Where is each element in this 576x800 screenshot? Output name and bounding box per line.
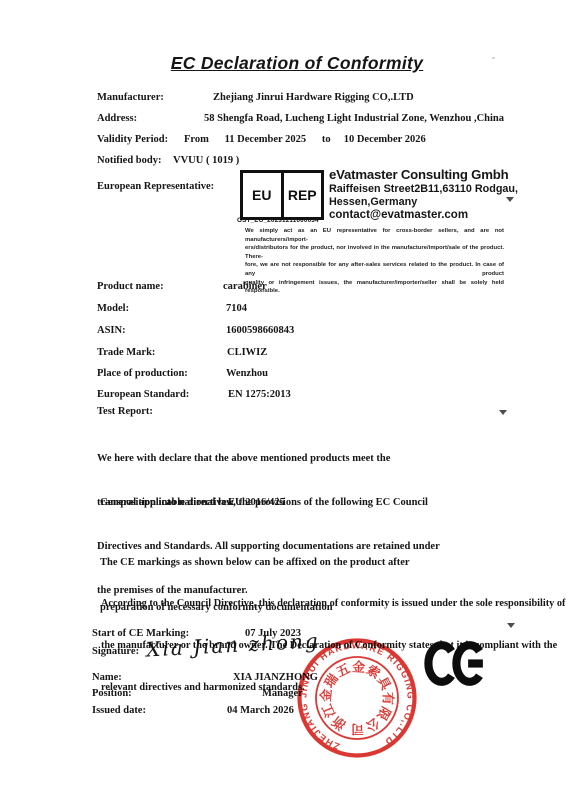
manufacturer-value: Zhejiang Jinrui Hardware Rigging CO,.LTD bbox=[213, 92, 414, 103]
ce-letter-c bbox=[428, 645, 451, 682]
ce-mark-logo bbox=[423, 640, 493, 687]
stamp-chinese-text: 浙江金瑞五金索具有限公司 bbox=[318, 659, 396, 736]
notified-body-value: VVUU ( 1019 ) bbox=[173, 155, 239, 166]
product-name-value: carabiner bbox=[223, 281, 267, 292]
validity-period-value: From 11 December 2025 to 10 December 202… bbox=[184, 134, 426, 145]
council-line: According to the Council Directive, this… bbox=[101, 597, 566, 611]
company-stamp: ZHEJIANG JINRUI HARDWARE RIGGING CO,.LTD… bbox=[295, 636, 419, 760]
document-title: EC Declaration of Conformity bbox=[9, 53, 576, 74]
name-label: Name: bbox=[92, 672, 122, 683]
issued-date-value: 04 March 2026 bbox=[227, 705, 294, 716]
trade-mark-label: Trade Mark: bbox=[97, 347, 155, 358]
model-label: Model: bbox=[97, 303, 129, 314]
scan-speck bbox=[492, 57, 495, 59]
eu-rep-registration-code: OST_EU_20231211000034 bbox=[237, 217, 319, 224]
disclaimer-line: We simply act as an EU representative fo… bbox=[245, 227, 504, 244]
rep-badge-cell: REP bbox=[284, 173, 322, 217]
address-label: Address: bbox=[97, 113, 137, 124]
european-representative-label: European Representative: bbox=[97, 181, 214, 192]
issued-date-label: Issued date: bbox=[92, 705, 146, 716]
position-label: Position: bbox=[92, 688, 132, 699]
model-value: 7104 bbox=[226, 303, 247, 314]
asin-label: ASIN: bbox=[97, 325, 126, 336]
notified-body-label: Notified body: bbox=[97, 155, 161, 166]
validity-period-label: Validity Period: bbox=[97, 134, 168, 145]
scan-artifact bbox=[507, 623, 515, 628]
product-name-label: Product name: bbox=[97, 281, 164, 292]
disclaimer-line: quality or infringement issues, the manu… bbox=[245, 279, 504, 296]
place-of-production-label: Place of production: bbox=[97, 368, 188, 379]
address-value: 58 Shengfa Road, Lucheng Light Industria… bbox=[204, 113, 504, 124]
document-page: EC Declaration of Conformity Manufacture… bbox=[0, 0, 576, 800]
ce-note-line: The CE markings as shown below can be af… bbox=[100, 555, 410, 570]
test-report-label: Test Report: bbox=[97, 406, 153, 417]
european-standard-label: European Standard: bbox=[97, 389, 189, 400]
eu-rep-disclaimer: We simply act as an EU representative fo… bbox=[245, 227, 504, 296]
eu-badge-cell: EU bbox=[243, 173, 284, 217]
european-standard-value: EN 1275:2013 bbox=[228, 389, 291, 400]
declaration-line: We here with declare that the above ment… bbox=[97, 452, 440, 467]
asin-value: 1600598660843 bbox=[226, 325, 294, 336]
eu-rep-badge: EU REP bbox=[240, 170, 324, 220]
eu-rep-address-line2: Hessen,Germany bbox=[329, 196, 417, 208]
directives-label: General applicable directives: bbox=[100, 497, 234, 508]
scan-artifact bbox=[499, 410, 507, 415]
disclaimer-line: fore, we are not responsible for any aft… bbox=[245, 261, 504, 278]
disclaimer-line: ers/distributors for the product, nor in… bbox=[245, 244, 504, 261]
signature-label: Signature: bbox=[92, 646, 139, 657]
trade-mark-value: CLIWIZ bbox=[227, 347, 267, 358]
directives-value: EU 2016/425 bbox=[228, 497, 285, 508]
scan-artifact bbox=[506, 197, 514, 202]
eu-rep-address-line1: Raiffeisen Street2B11,63110 Rodgau, bbox=[329, 183, 518, 195]
place-of-production-value: Wenzhou bbox=[226, 368, 268, 379]
eu-rep-email: contact@evatmaster.com bbox=[329, 209, 468, 221]
manufacturer-label: Manufacturer: bbox=[97, 92, 164, 103]
eu-rep-company-name: eVatmaster Consulting Gmbh bbox=[329, 167, 508, 182]
